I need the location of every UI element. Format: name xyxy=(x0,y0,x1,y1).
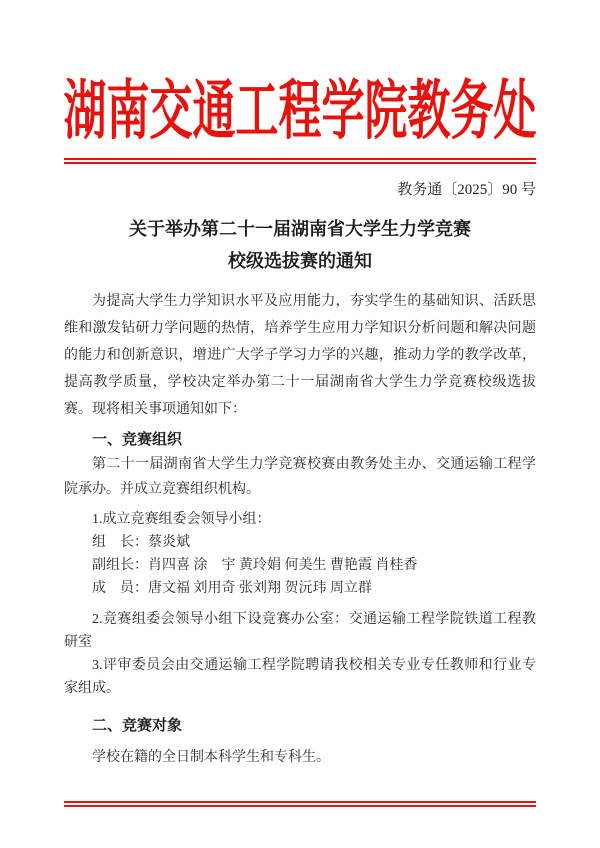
intro-paragraph: 为提高大学生力学知识水平及应用能力，夯实学生的基础知识、活跃思维和激发钻研力学问… xyxy=(64,288,536,423)
masthead: 湖南交通工程学院教务处 xyxy=(64,62,536,150)
footer-separator-line xyxy=(64,801,536,807)
document-content: 湖南交通工程学院教务处 教务通〔2025〕90 号 关于举办第二十一届湖南省大学… xyxy=(64,62,536,807)
group-leader-line: 组 长：蔡炎斌 xyxy=(64,531,536,554)
section-1-item-3-review-committee: 3.评审委员会由交通运输工程学院聘请我校相关专业专任教师和行业专家组成。 xyxy=(64,654,536,700)
section-2-heading: 二、竞赛对象 xyxy=(64,714,536,738)
section-1-item-1-leading-group: 1.成立竞赛组委会领导小组： xyxy=(64,508,536,531)
masthead-org-name: 湖南交通工程学院教务处 xyxy=(64,60,537,152)
section-1-item-2-office: 2.竞赛组委会领导小组下设竞赛办公室：交通运输工程学院铁道工程教研室 xyxy=(64,608,536,654)
notice-document-page: 湖南交通工程学院教务处 教务通〔2025〕90 号 关于举办第二十一届湖南省大学… xyxy=(0,0,600,848)
header-separator-line xyxy=(64,158,536,164)
section-1-organizer-paragraph: 第二十一届湖南省大学生力学竞赛校赛由教务处主办、交通运输工程学院承办。并成立竞赛… xyxy=(64,452,536,502)
doc-number: 教务通〔2025〕90 号 xyxy=(64,181,536,199)
deputy-leaders-line: 副组长：肖四喜 涂 宇 黄玲娟 何美生 曹艳霞 肖桂香 xyxy=(64,554,536,577)
notice-title-line1: 关于举办第二十一届湖南省大学生力学竞赛 xyxy=(64,213,536,245)
notice-title: 关于举办第二十一届湖南省大学生力学竞赛 校级选拔赛的通知 xyxy=(64,213,536,277)
section-1-heading: 一、竞赛组织 xyxy=(64,428,536,452)
members-line: 成 员：唐文福 刘用奇 张刘翔 贺沅玮 周立群 xyxy=(64,577,536,600)
section-2-paragraph: 学校在籍的全日制本科学生和专科生。 xyxy=(64,746,536,769)
notice-title-line2: 校级选拔赛的通知 xyxy=(64,245,536,277)
